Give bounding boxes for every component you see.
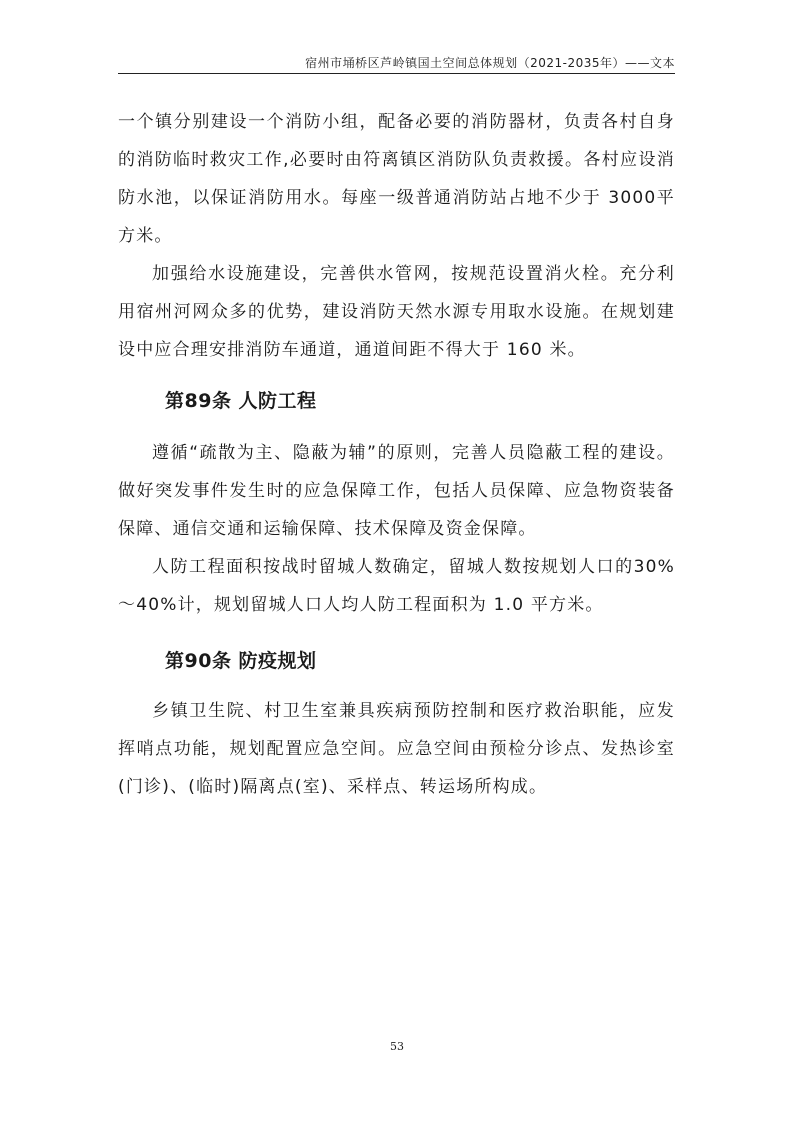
header-divider [118, 73, 675, 74]
section-heading-article-90: 第90条 防疫规划 [165, 646, 317, 673]
intro-section: 一个镇分别建设一个消防小组，配备必要的消防器材，负责各村自身的消防临时救灾工作,… [118, 103, 675, 369]
article-90-section: 乡镇卫生院、村卫生室兼具疾病预防控制和医疗救治职能，应发挥哨点功能，规划配置应急… [118, 692, 675, 806]
section-heading-article-89: 第89条 人防工程 [165, 386, 317, 413]
paragraph: 遵循“疏散为主、隐蔽为辅”的原则，完善人员隐蔽工程的建设。做好突发事件发生时的应… [118, 434, 675, 548]
running-header: 宿州市埇桥区芦岭镇国土空间总体规划（2021-2035年）——文本 [118, 54, 675, 71]
article-89-section: 遵循“疏散为主、隐蔽为辅”的原则，完善人员隐蔽工程的建设。做好突发事件发生时的应… [118, 434, 675, 624]
paragraph: 人防工程面积按战时留城人数确定，留城人数按规划人口的30%～40%计，规划留城人… [118, 548, 675, 624]
page-number: 53 [0, 1040, 794, 1053]
paragraph: 乡镇卫生院、村卫生室兼具疾病预防控制和医疗救治职能，应发挥哨点功能，规划配置应急… [118, 692, 675, 806]
paragraph: 加强给水设施建设，完善供水管网，按规范设置消火栓。充分利用宿州河网众多的优势，建… [118, 255, 675, 369]
paragraph: 一个镇分别建设一个消防小组，配备必要的消防器材，负责各村自身的消防临时救灾工作,… [118, 103, 675, 255]
